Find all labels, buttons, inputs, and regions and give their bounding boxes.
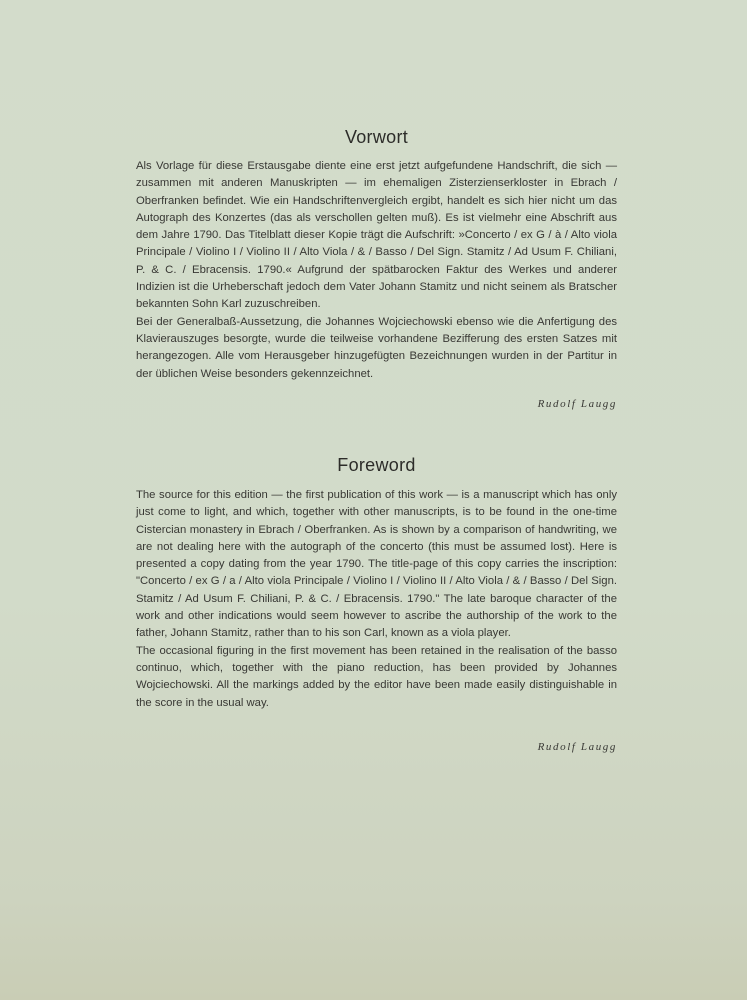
german-paragraph-2: Bei der Generalbaß-Aussetzung, die Johan… bbox=[136, 314, 617, 383]
english-paragraph-1: The source for this edition — the first … bbox=[136, 487, 617, 643]
german-body: Als Vorlage für diese Erstausgabe diente… bbox=[136, 158, 617, 383]
german-signature: Rudolf Laugg bbox=[538, 398, 617, 410]
german-heading: Vorwort bbox=[136, 127, 617, 148]
german-paragraph-1: Als Vorlage für diese Erstausgabe diente… bbox=[136, 158, 617, 314]
english-body: The source for this edition — the first … bbox=[136, 487, 617, 712]
english-heading: Foreword bbox=[136, 455, 617, 476]
english-paragraph-2: The occasional figuring in the first mov… bbox=[136, 643, 617, 712]
english-signature: Rudolf Laugg bbox=[538, 741, 617, 753]
